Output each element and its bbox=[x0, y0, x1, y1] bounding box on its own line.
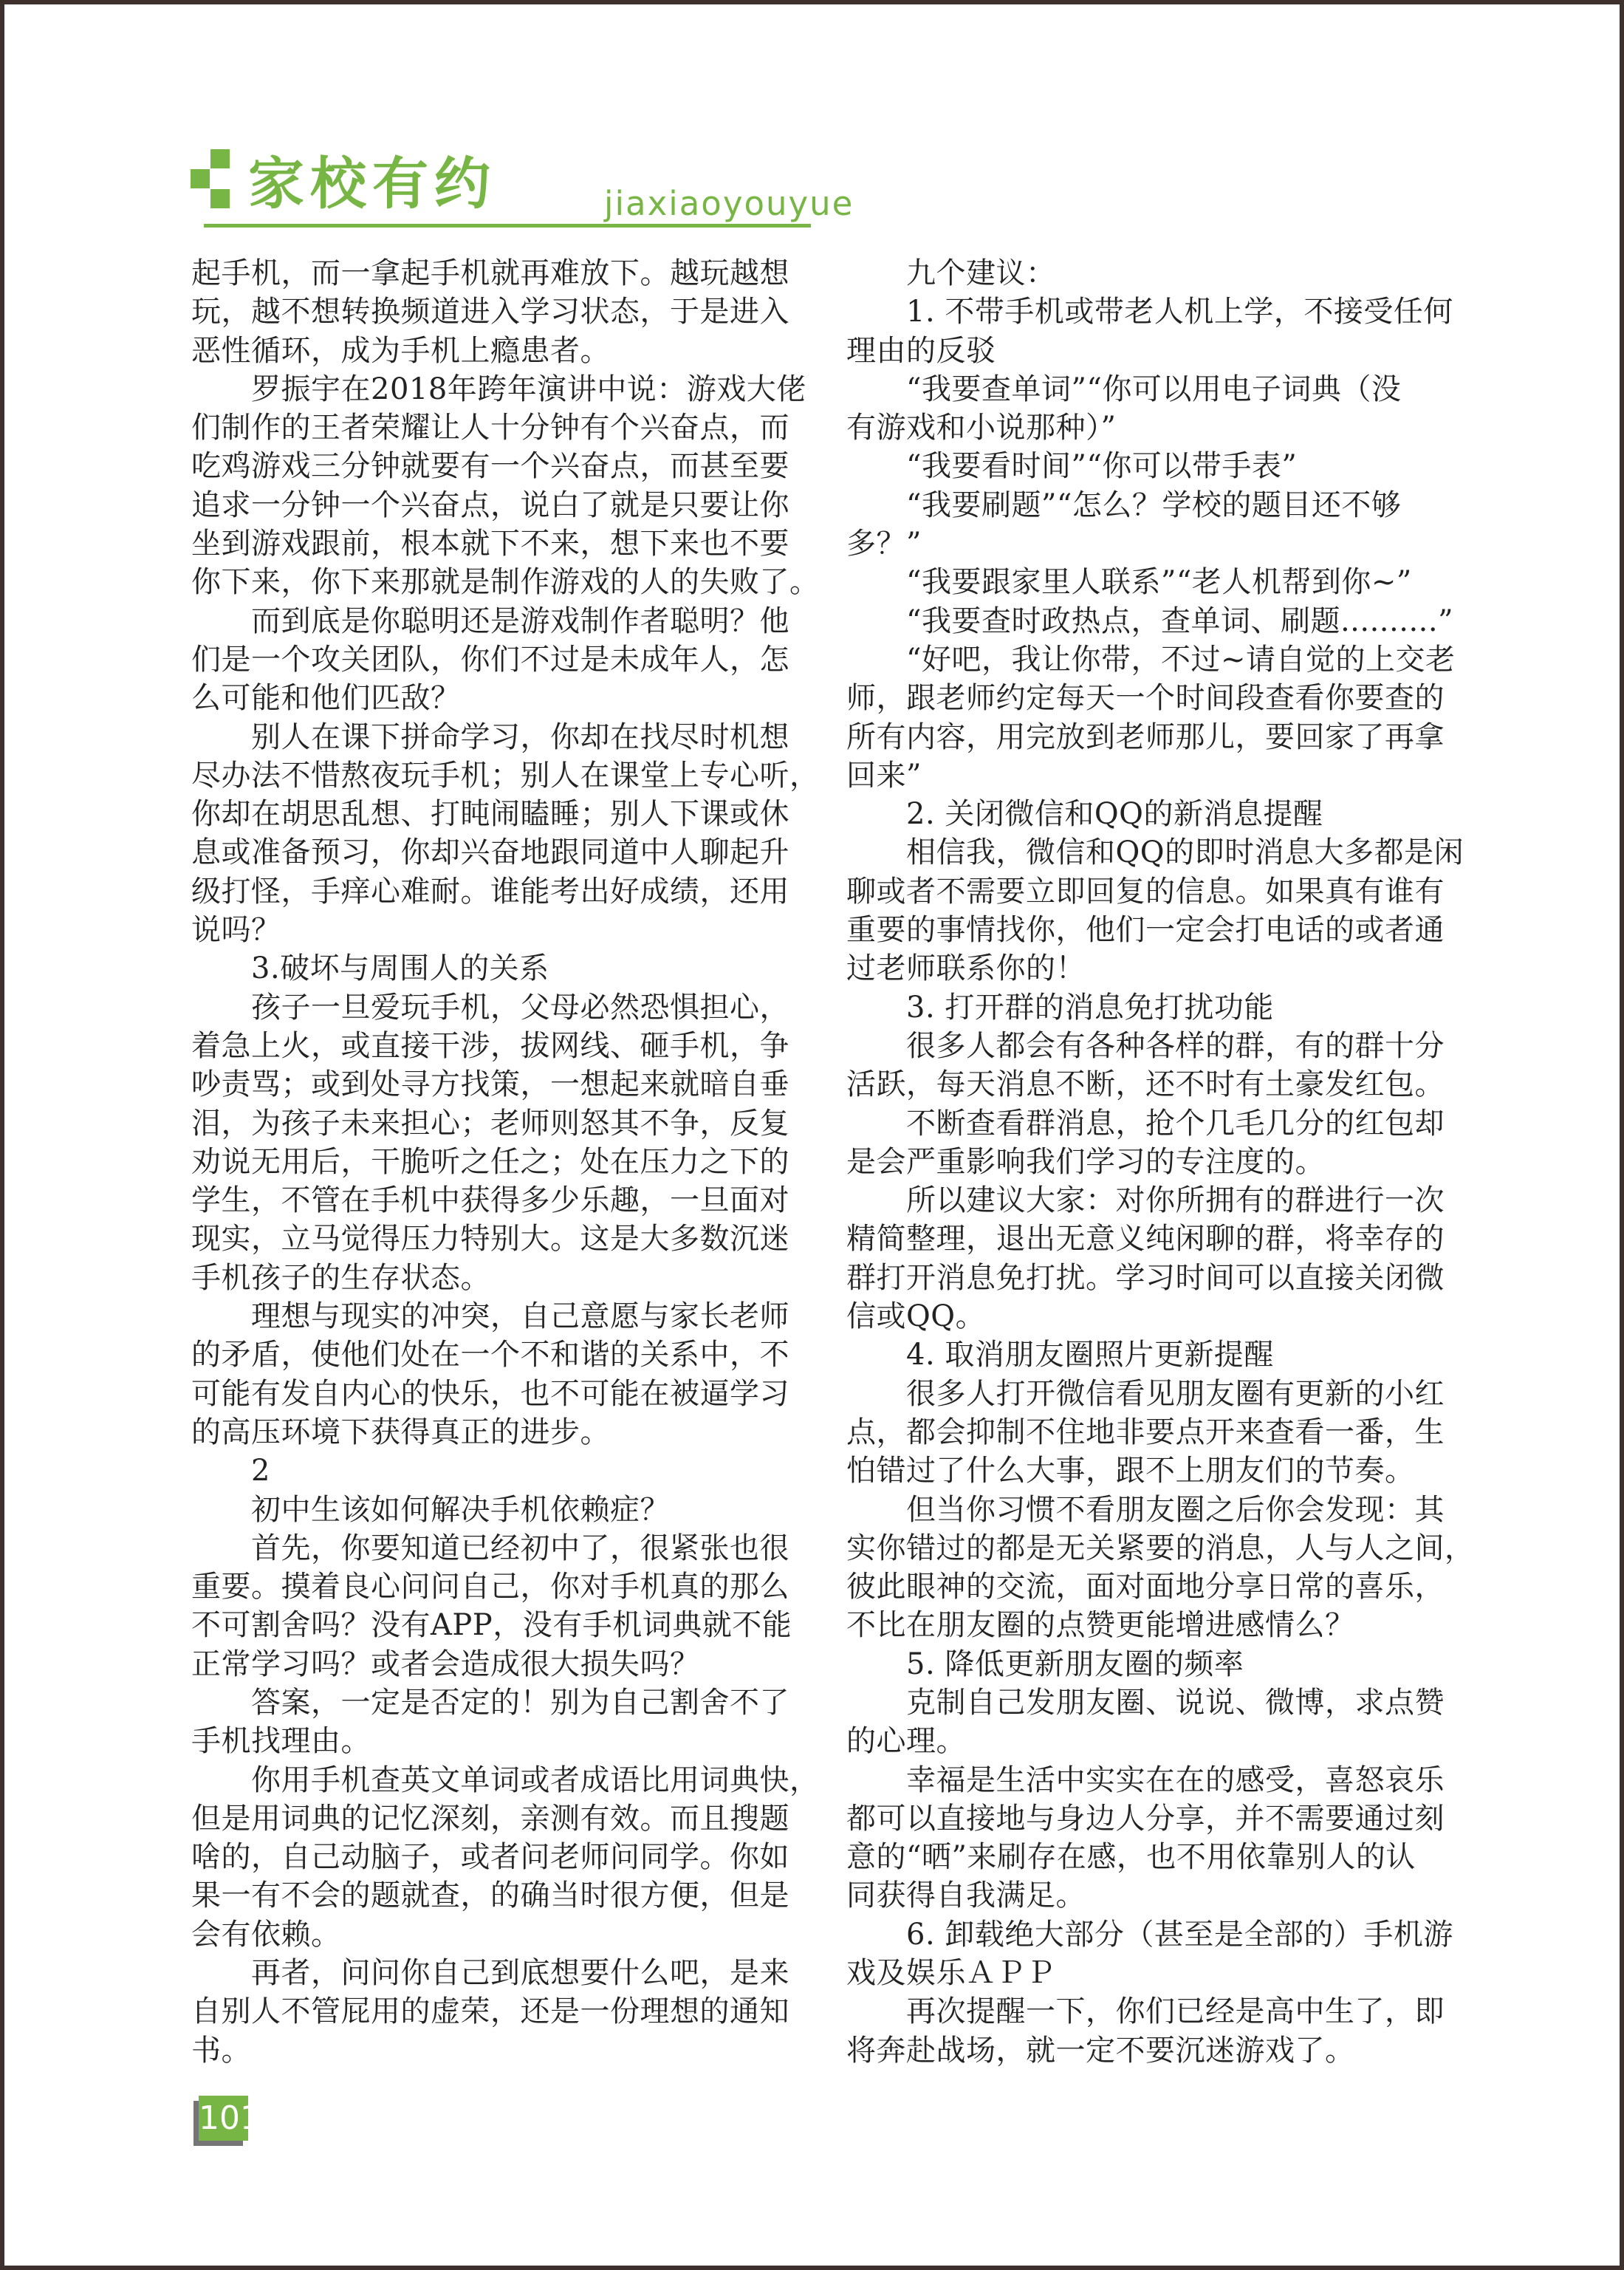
text-line: 聊或者不需要立即回复的信息。如果真有谁有 bbox=[846, 872, 1448, 911]
text-line: 首先，你要知道已经初中了，很紧张也很 bbox=[191, 1529, 793, 1568]
text-line: 信或QQ。 bbox=[846, 1297, 1448, 1336]
text-line: 怕错过了什么大事，跟不上朋友们的节奏。 bbox=[846, 1452, 1448, 1490]
text-line: 但是用词典的记忆深刻，亲测有效。而且搜题 bbox=[191, 1799, 793, 1838]
green-pixel-squares-icon bbox=[191, 149, 230, 208]
text-line: 3.破坏与周围人的关系 bbox=[191, 949, 793, 988]
text-line: 会有依赖。 bbox=[191, 1915, 793, 1954]
text-line: 九个建议： bbox=[846, 254, 1448, 293]
column-logo-title: 家校有约 bbox=[248, 151, 496, 217]
magazine-page: 家校有约 jiaxiaoyouyue 起手机，而一拿起手机就再难放下。越玩越想玩… bbox=[0, 0, 1624, 2270]
text-line: 重要的事情找你，他们一定会打电话的或者通 bbox=[846, 911, 1448, 949]
logo-square bbox=[191, 169, 210, 188]
text-line: 正常学习吗？或者会造成很大损失吗？ bbox=[191, 1645, 793, 1683]
text-line: 将奔赴战场，就一定不要沉迷游戏了。 bbox=[846, 2031, 1448, 2070]
text-line: 们制作的王者荣耀让人十分钟有个兴奋点，而 bbox=[191, 408, 793, 447]
text-line: “我要看时间”“你可以带手表” bbox=[846, 447, 1448, 485]
text-line: 但当你习惯不看朋友圈之后你会发现：其 bbox=[846, 1491, 1448, 1529]
text-line: 理由的反驳 bbox=[846, 332, 1448, 370]
text-line: 6. 卸载绝大部分（甚至是全部的）手机游 bbox=[846, 1915, 1448, 1954]
text-line: “好吧，我让你带，不过~请自觉的上交老 bbox=[846, 640, 1448, 679]
text-line: 的矛盾，使他们处在一个不和谐的关系中，不 bbox=[191, 1336, 793, 1374]
text-line: 孩子一旦爱玩手机，父母必然恐惧担心， bbox=[191, 988, 793, 1027]
text-line: 意的“晒”来刷存在感，也不用依靠别人的认 bbox=[846, 1838, 1448, 1876]
text-line: 的高压环境下获得真正的进步。 bbox=[191, 1413, 793, 1452]
text-line: 手机找理由。 bbox=[191, 1722, 793, 1760]
text-line: 你下来，你下来那就是制作游戏的人的失败了。 bbox=[191, 563, 793, 601]
text-line: 很多人打开微信看见朋友圈有更新的小红 bbox=[846, 1375, 1448, 1413]
text-line: 不可割舍吗？没有APP，没有手机词典就不能 bbox=[191, 1606, 793, 1644]
text-line: 幸福是生活中实实在在的感受，喜怒哀乐 bbox=[846, 1761, 1448, 1799]
logo-square bbox=[210, 149, 230, 168]
text-line: “我要查时政热点，查单词、刷题..........” bbox=[846, 602, 1448, 640]
text-line: 劝说无用后，干脆听之任之；处在压力之下的 bbox=[191, 1143, 793, 1181]
text-line: 再次提醒一下，你们已经是高中生了，即 bbox=[846, 1992, 1448, 2031]
text-line: 相信我，微信和QQ的即时消息大多都是闲 bbox=[846, 833, 1448, 872]
text-line: 恶性循环，成为手机上瘾患者。 bbox=[191, 332, 793, 370]
text-line: 都可以直接地与身边人分享，并不需要通过刻 bbox=[846, 1799, 1448, 1838]
text-line: 回来” bbox=[846, 756, 1448, 795]
text-line: 泪，为孩子未来担心；老师则怒其不争，反复 bbox=[191, 1104, 793, 1143]
text-line: 果一有不会的题就查，的确当时很方便，但是 bbox=[191, 1876, 793, 1915]
text-line: 师，跟老师约定每天一个时间段查看你要查的 bbox=[846, 679, 1448, 717]
text-line: 别人在课下拼命学习，你却在找尽时机想 bbox=[191, 718, 793, 756]
text-line: 5. 降低更新朋友圈的频率 bbox=[846, 1645, 1448, 1683]
text-line: 活跃，每天消息不断，还不时有土豪发红包。 bbox=[846, 1065, 1448, 1104]
text-line: 息或准备预习，你却兴奋地跟同道中人聊起升 bbox=[191, 833, 793, 872]
text-line: 说吗？ bbox=[191, 911, 793, 949]
text-line: 坐到游戏跟前，根本就下不来，想下来也不要 bbox=[191, 524, 793, 563]
article-column-right: 九个建议： 1. 不带手机或带老人机上学，不接受任何理由的反驳 “我要查单词”“… bbox=[846, 254, 1448, 2070]
text-line: 点，都会抑制不住地非要点开来查看一番，生 bbox=[846, 1413, 1448, 1452]
text-line: 重要。摸着良心问问自己，你对手机真的那么 bbox=[191, 1568, 793, 1606]
text-line: 罗振宇在2018年跨年演讲中说：游戏大佬 bbox=[191, 370, 793, 408]
text-line: 实你错过的都是无关紧要的消息，人与人之间， bbox=[846, 1529, 1448, 1568]
text-line: 有游戏和小说那种）” bbox=[846, 408, 1448, 447]
text-line: 尽办法不惜熬夜玩手机；别人在课堂上专心听， bbox=[191, 756, 793, 795]
text-line: 同获得自我满足。 bbox=[846, 1876, 1448, 1915]
text-line: 所有内容，用完放到老师那儿，要回家了再拿 bbox=[846, 718, 1448, 756]
text-line: 3. 打开群的消息免打扰功能 bbox=[846, 988, 1448, 1027]
text-line: 追求一分钟一个兴奋点，说白了就是只要让你 bbox=[191, 486, 793, 524]
text-line: 答案，一定是否定的！别为自己割舍不了 bbox=[191, 1683, 793, 1722]
text-line: 理想与现实的冲突，自己意愿与家长老师 bbox=[191, 1297, 793, 1336]
text-line: 群打开消息免打扰。学习时间可以直接关闭微 bbox=[846, 1259, 1448, 1297]
text-line: 书。 bbox=[191, 2031, 793, 2070]
text-line: 2. 关闭微信和QQ的新消息提醒 bbox=[846, 795, 1448, 833]
text-line: 1. 不带手机或带老人机上学，不接受任何 bbox=[846, 293, 1448, 331]
text-line: 彼此眼神的交流，面对面地分享日常的喜乐， bbox=[846, 1568, 1448, 1606]
text-line: 啥的，自己动脑子，或者问老师问同学。你如 bbox=[191, 1838, 793, 1876]
text-line: 而到底是你聪明还是游戏制作者聪明？他 bbox=[191, 602, 793, 640]
text-line: 过老师联系你的！ bbox=[846, 949, 1448, 988]
text-line: 级打怪，手痒心难耐。谁能考出好成绩，还用 bbox=[191, 872, 793, 911]
text-line: 再者，问问你自己到底想要什么吧，是来 bbox=[191, 1954, 793, 1992]
text-line: 不比在朋友圈的点赞更能增进感情么？ bbox=[846, 1606, 1448, 1644]
text-line: 精简整理，退出无意义纯闲聊的群，将幸存的 bbox=[846, 1220, 1448, 1258]
text-line: 你用手机查英文单词或者成语比用词典快， bbox=[191, 1761, 793, 1799]
text-line: 自别人不管屁用的虚荣，还是一份理想的通知 bbox=[191, 1992, 793, 2031]
column-logo-subtitle: jiaxiaoyouyue bbox=[604, 184, 854, 223]
text-line: “我要查单词”“你可以用电子词典（没 bbox=[846, 370, 1448, 408]
text-line: 戏及娱乐ＡＰＰ bbox=[846, 1954, 1448, 1992]
text-line: 起手机，而一拿起手机就再难放下。越玩越想 bbox=[191, 254, 793, 293]
page-number-badge: 101 bbox=[199, 2096, 248, 2141]
text-line: 不断查看群消息，抢个几毛几分的红包却 bbox=[846, 1104, 1448, 1143]
logo-underline bbox=[204, 224, 811, 228]
text-line: 现实，立马觉得压力特别大。这是大多数沉迷 bbox=[191, 1220, 793, 1258]
text-line: “我要刷题”“怎么？学校的题目还不够 bbox=[846, 486, 1448, 524]
text-line: 2 bbox=[191, 1452, 793, 1490]
text-line: 着急上火，或直接干涉，拔网线、砸手机，争 bbox=[191, 1027, 793, 1065]
text-line: 克制自己发朋友圈、说说、微博，求点赞 bbox=[846, 1683, 1448, 1722]
text-line: 玩，越不想转换频道进入学习状态，于是进入 bbox=[191, 293, 793, 331]
text-line: 学生，不管在手机中获得多少乐趣，一旦面对 bbox=[191, 1181, 793, 1220]
text-line: 们是一个攻关团队，你们不过是未成年人，怎 bbox=[191, 640, 793, 679]
logo-square bbox=[210, 189, 230, 208]
text-line: 你却在胡思乱想、打盹闹瞌睡；别人下课或休 bbox=[191, 795, 793, 833]
text-line: 可能有发自内心的快乐，也不可能在被逼学习 bbox=[191, 1375, 793, 1413]
text-line: 吃鸡游戏三分钟就要有一个兴奋点，而甚至要 bbox=[191, 447, 793, 485]
text-line: 是会严重影响我们学习的专注度的。 bbox=[846, 1143, 1448, 1181]
text-line: 多？” bbox=[846, 524, 1448, 563]
text-line: 的心理。 bbox=[846, 1722, 1448, 1760]
text-line: 手机孩子的生存状态。 bbox=[191, 1259, 793, 1297]
text-line: 么可能和他们匹敌？ bbox=[191, 679, 793, 717]
text-line: 初中生该如何解决手机依赖症？ bbox=[191, 1491, 793, 1529]
text-line: “我要跟家里人联系”“老人机帮到你~” bbox=[846, 563, 1448, 601]
text-line: 吵责骂；或到处寻方找策，一想起来就暗自垂 bbox=[191, 1065, 793, 1104]
text-line: 所以建议大家：对你所拥有的群进行一次 bbox=[846, 1181, 1448, 1220]
text-line: 4. 取消朋友圈照片更新提醒 bbox=[846, 1336, 1448, 1374]
article-column-left: 起手机，而一拿起手机就再难放下。越玩越想玩，越不想转换频道进入学习状态，于是进入… bbox=[191, 254, 793, 2070]
text-line: 很多人都会有各种各样的群，有的群十分 bbox=[846, 1027, 1448, 1065]
